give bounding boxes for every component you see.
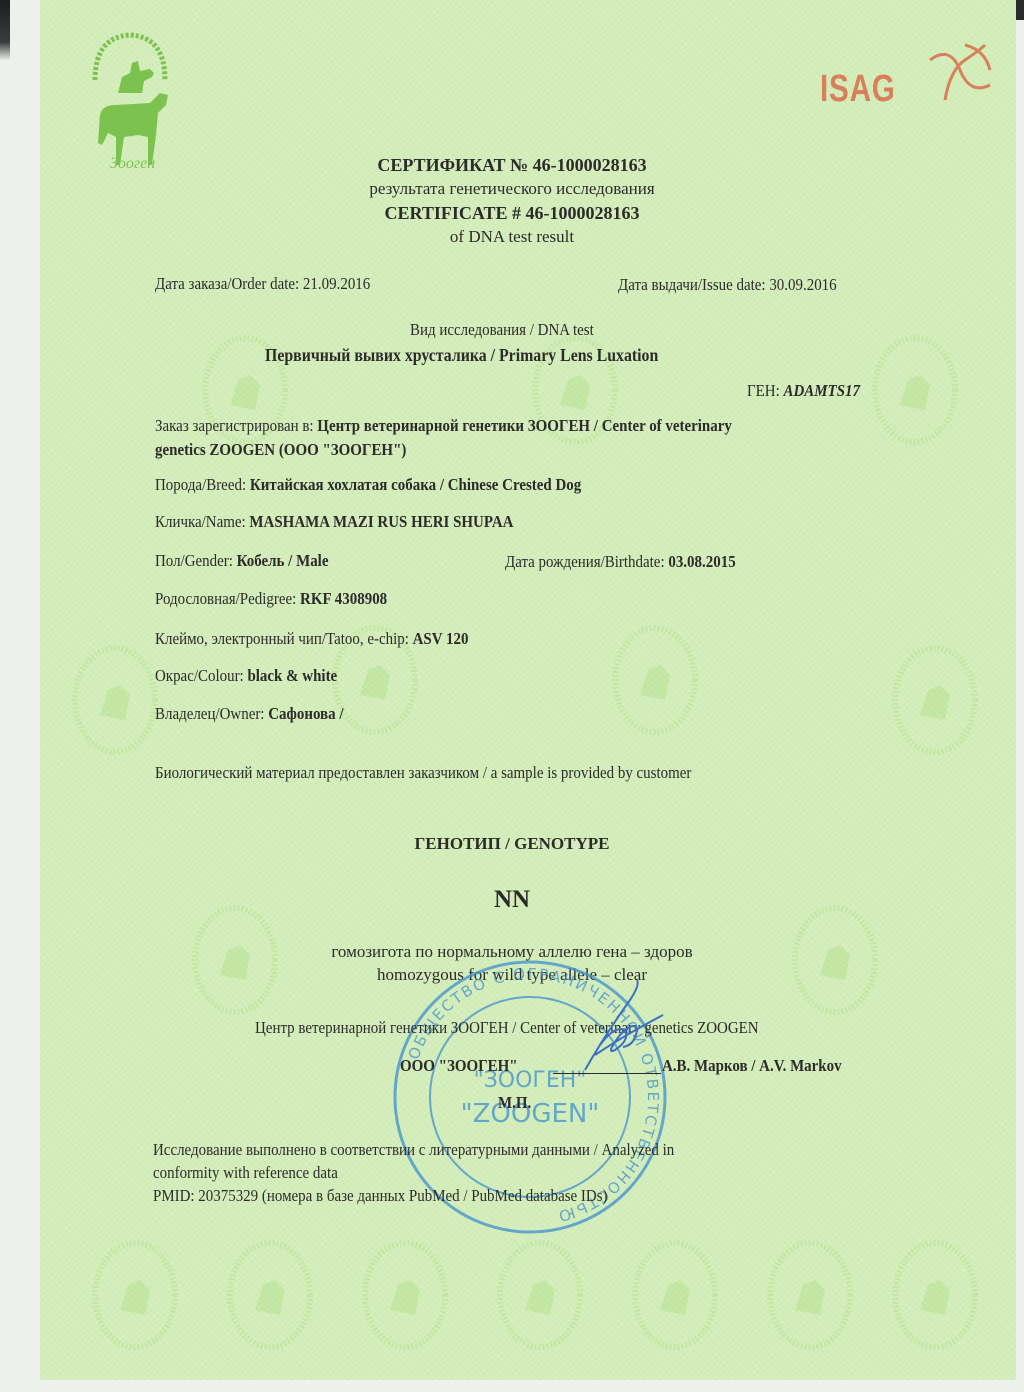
chip-value: ASV 120 <box>413 629 469 648</box>
gender-label: Пол/Gender: <box>155 551 233 570</box>
handwritten-signature <box>575 975 665 1075</box>
watermark-ornament <box>880 640 990 760</box>
isag-logo: ISAG <box>820 40 995 120</box>
order-date: Дата заказа/Order date: 21.09.2016 <box>155 274 400 294</box>
certificate-subtitle-en: of DNA test result <box>0 227 1024 247</box>
watermark-ornament <box>860 330 970 450</box>
watermark-ornament <box>350 1235 460 1355</box>
gender-value: Кобель / Male <box>237 551 329 570</box>
pubmed-id: PMID: 20375329 (номера в базе данных Pub… <box>153 1186 670 1206</box>
breed: Порода/Breed: Китайская хохлатая собака … <box>155 475 639 495</box>
certificate-title-ru: СЕРТИФИКАТ № 46-1000028163 <box>0 155 1024 175</box>
dna-helix-icon <box>925 40 1000 110</box>
chip-label: Клеймо, электронный чип/Tatoo, e-chip: <box>155 629 409 648</box>
dna-test-label: Вид исследования / DNA test <box>410 320 619 340</box>
pedigree-value: RKF 4308908 <box>300 589 387 608</box>
genotype-value: NN <box>0 886 1024 914</box>
issuing-org: ООО "ЗООГЕН" <box>400 1056 534 1076</box>
watermark-ornament <box>60 640 170 760</box>
colour-value: black & white <box>247 666 337 685</box>
pedigree: Родословная/Pedigree: RKF 4308908 <box>155 589 419 609</box>
registered-value: Центр ветеринарной генетики ЗООГЕН / Cen… <box>317 416 732 435</box>
isag-logo-text: ISAG <box>820 68 896 111</box>
e-chip: Клеймо, электронный чип/Tatoo, e-chip: A… <box>155 629 511 649</box>
issuing-center: Центр ветеринарной генетики ЗООГЕН / Cen… <box>255 1018 827 1038</box>
owner-label: Владелец/Owner: <box>155 704 264 723</box>
registered-at-cont: genetics ZOOGEN (ООО "ЗООГЕН") <box>155 440 441 460</box>
scan-edge <box>0 0 10 60</box>
owner: Владелец/Owner: Сафонова / <box>155 704 369 724</box>
genotype-heading: ГЕНОТИП / GENOTYPE <box>0 834 1024 854</box>
signer-name: А.В. Марков / A.V. Markov <box>662 1056 866 1076</box>
colour: Окрас/Colour: black & white <box>155 666 362 686</box>
gene: ГЕН: ADAMTS17 <box>747 381 875 401</box>
pedigree-label: Родословная/Pedigree: <box>155 589 296 608</box>
certificate-title-en: CERTIFICATE # 46-1000028163 <box>0 203 1024 223</box>
birthdate: Дата рождения/Birthdate: 03.08.2015 <box>505 552 767 572</box>
certificate-subtitle-ru: результата генетического исследования <box>0 179 1024 199</box>
watermark-ornament <box>600 620 710 740</box>
issue-date: Дата выдачи/Issue date: 30.09.2016 <box>618 275 866 295</box>
issue-date-value: 30.09.2016 <box>769 275 836 294</box>
watermark-ornament <box>755 1235 865 1355</box>
order-date-value: 21.09.2016 <box>303 274 370 293</box>
dog-name: Кличка/Name: MASHAMA MAZI RUS HERI SHUPA… <box>155 512 562 532</box>
breed-value: Китайская хохлатая собака / Chinese Cres… <box>250 475 581 494</box>
watermark-ornament <box>80 1235 190 1355</box>
reference-note-line2: conformity with reference data <box>153 1163 363 1183</box>
birthdate-label: Дата рождения/Birthdate: <box>505 552 665 571</box>
reference-note-line1: Исследование выполнено в соответствии с … <box>153 1140 745 1160</box>
scan-edge <box>1016 0 1024 20</box>
name-value: MASHAMA MAZI RUS HERI SHUPAA <box>249 512 513 531</box>
horse-rider-icon: Зооген <box>80 25 180 170</box>
zoogen-logo: Зооген <box>80 25 180 170</box>
owner-value: Сафонова / <box>268 704 343 723</box>
registered-label: Заказ зарегистрирован в: <box>155 416 314 435</box>
birthdate-value: 03.08.2015 <box>668 552 735 571</box>
issue-date-label: Дата выдачи/Issue date: <box>618 275 766 294</box>
gender: Пол/Gender: Кобель / Male <box>155 551 352 571</box>
seal-mark: М.П. <box>498 1093 536 1113</box>
registered-at: Заказ зарегистрирован в: Центр ветеринар… <box>155 416 811 436</box>
sample-note: Биологический материал предоставлен зака… <box>155 763 765 783</box>
order-date-label: Дата заказа/Order date: <box>155 274 299 293</box>
watermark-ornament <box>485 1235 595 1355</box>
dna-test-name: Первичный вывих хрусталика / Primary Len… <box>265 345 712 365</box>
watermark-ornament <box>880 1235 990 1355</box>
colour-label: Окрас/Colour: <box>155 666 244 685</box>
watermark-ornament <box>215 1235 325 1355</box>
breed-label: Порода/Breed: <box>155 475 246 494</box>
name-label: Кличка/Name: <box>155 512 246 531</box>
watermark-ornament <box>620 1235 730 1355</box>
gene-label: ГЕН: <box>747 381 780 400</box>
gene-value: ADAMTS17 <box>783 381 859 400</box>
